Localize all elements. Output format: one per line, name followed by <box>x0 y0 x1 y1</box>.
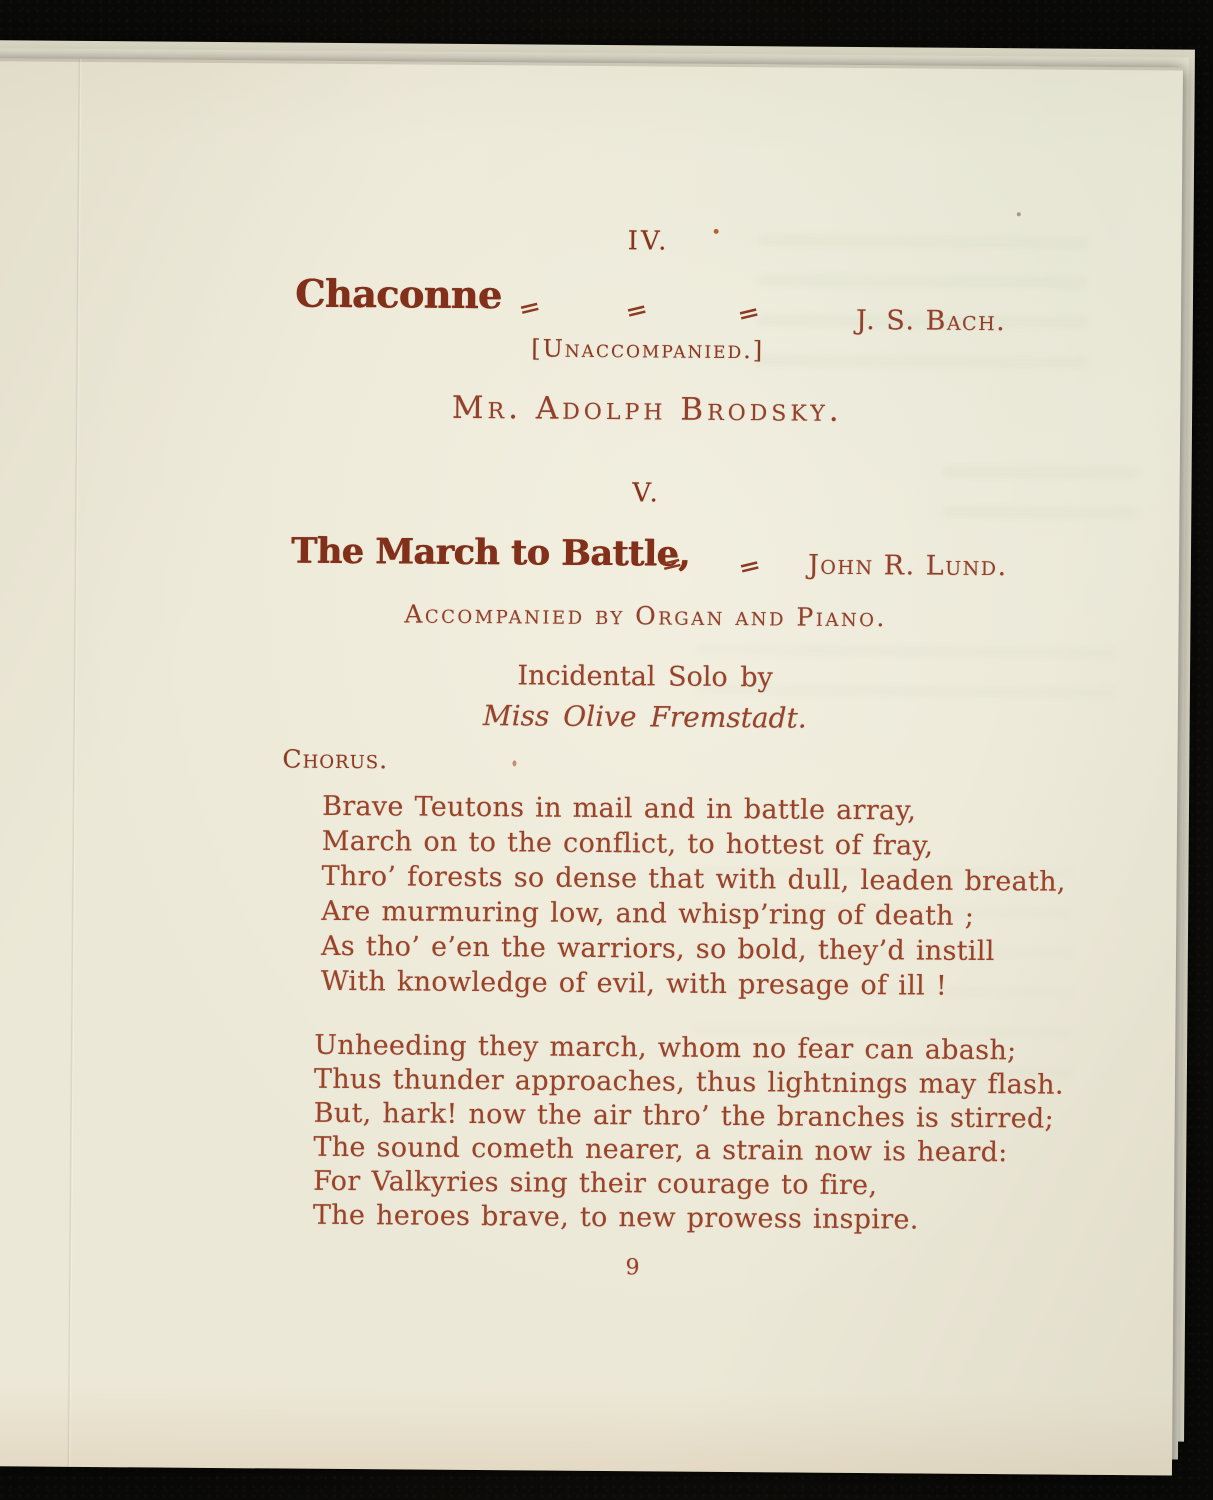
piece-title: The March to Battle, <box>291 531 690 575</box>
soloist-name: Miss Olive Fremstadt. <box>135 696 1155 737</box>
scan-canvas: { "document": { "kind": "printed concert… <box>0 0 1213 1500</box>
chorus-line: The heroes brave, to new prowess inspire… <box>313 1199 1063 1239</box>
separator-dash: = <box>623 295 651 326</box>
chorus-line: Brave Teutons in mail and in battle arra… <box>322 789 1066 830</box>
paper-crease <box>67 59 82 1467</box>
piece-title: Chaconne <box>295 271 502 318</box>
paper-speck <box>1017 212 1021 216</box>
program-item-number: IV. <box>138 222 1158 260</box>
chorus-stanza-1: Brave Teutons in mail and in battle arra… <box>321 789 1067 1005</box>
program-item-number: V. <box>136 474 1156 512</box>
accompaniment-note: Accompanied by Organ and Piano. <box>136 597 1156 634</box>
solo-intro-line: Incidental Solo by <box>135 657 1155 696</box>
page-number: 9 <box>122 1251 1142 1284</box>
chorus-line: Are murmuring low, and whisp’ring of dea… <box>321 894 1065 935</box>
separator-dash: = <box>736 551 764 582</box>
composer-name: J. S. Bach. <box>856 305 1007 337</box>
chorus-line: Thro’ forests so dense that with dull, l… <box>321 859 1065 900</box>
chorus-line: With knowledge of evil, with presage of … <box>321 964 1065 1005</box>
paper-speck <box>512 760 516 766</box>
chorus-stanza-2: Unheeding they march, whom no fear can a… <box>313 1029 1064 1239</box>
performer-name: Mr. Adolph Brodsky. <box>137 387 1157 431</box>
separator-dash: = <box>516 292 544 323</box>
program-page: IV. Chaconne = = = J. S. Bach. [Unaccomp… <box>0 58 1183 1476</box>
separator-dash: = <box>735 298 763 329</box>
chorus-label: Chorus. <box>282 745 388 775</box>
composer-name: John R. Lund. <box>808 550 1008 583</box>
chorus-line: March on to the conflict, to hottest of … <box>322 824 1066 865</box>
chorus-line: As tho’ e’en the warriors, so bold, they… <box>321 929 1065 970</box>
